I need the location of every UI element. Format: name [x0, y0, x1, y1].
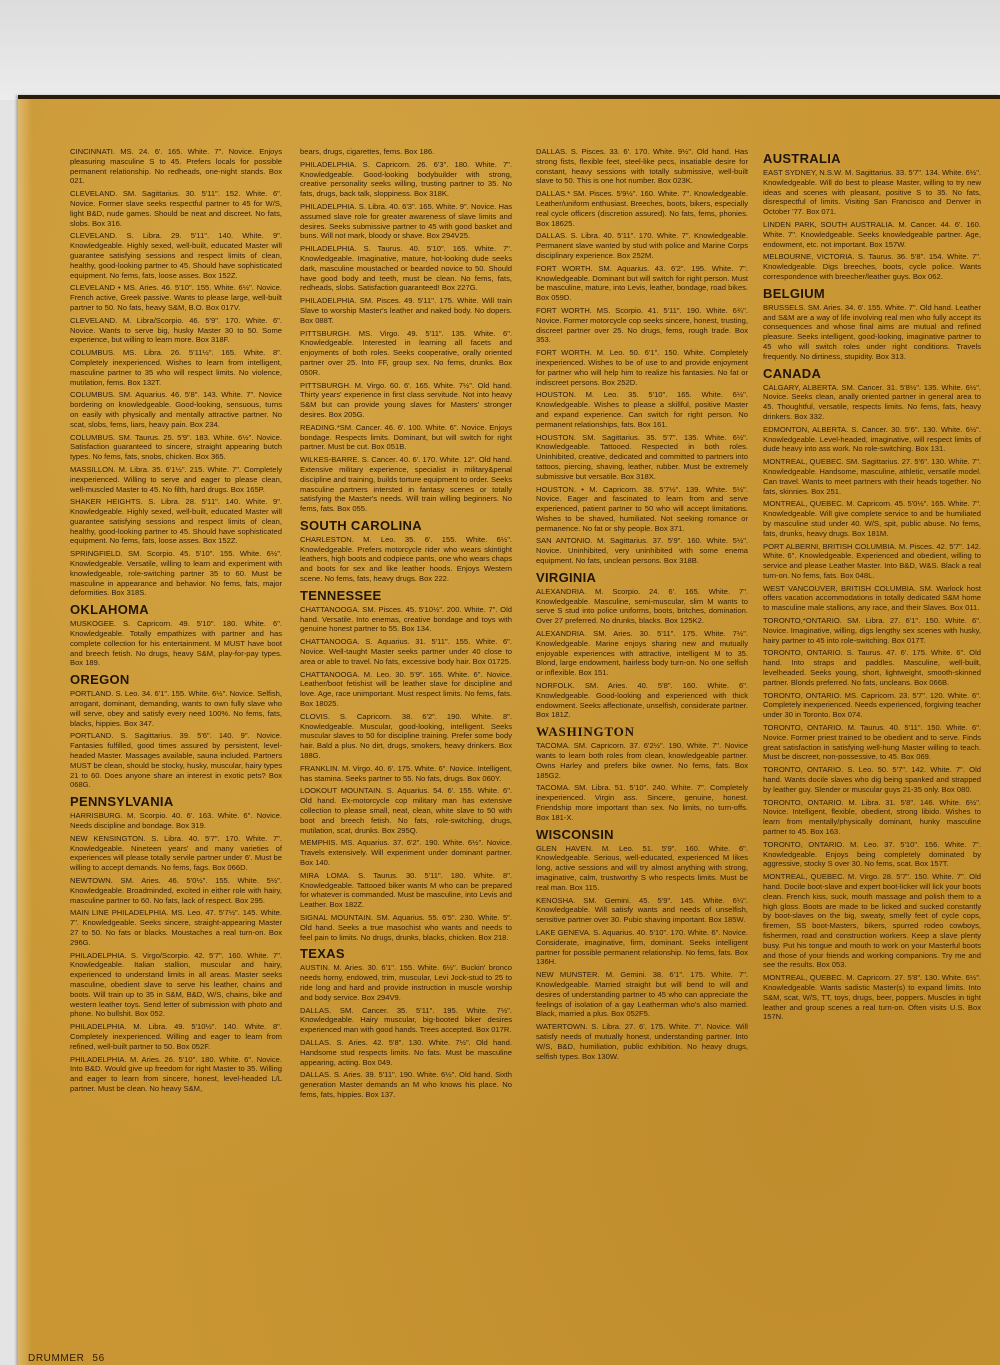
section-heading: OREGON	[70, 673, 282, 687]
classified-ad: EAST SYDNEY, N.S.W. M. Sagittarius. 33. …	[763, 168, 981, 217]
classified-ad: MONTREAL, QUEBEC. M. Capricorn. 27. 5'8"…	[763, 973, 981, 1022]
classified-ad: HOUSTON. SM. Sagittarius. 35. 5'7". 135.…	[536, 433, 748, 482]
section-heading: SOUTH CAROLINA	[300, 519, 512, 533]
section-heading: BELGIUM	[763, 287, 981, 301]
classified-ad: TACOMA. SM. Libra. 51. 5'10". 240. White…	[536, 783, 748, 822]
classified-ad: TORONTO, ONTARIO. S. Leo. 50. 5'7". 142.…	[763, 765, 981, 794]
classified-ad: LOOKOUT MOUNTAIN. S. Aquarius. 54. 6'. 1…	[300, 786, 512, 835]
classified-ad: FORT WORTH. MS. Scorpio. 41. 5'11". 190.…	[536, 306, 748, 345]
classified-ad: NEWTOWN. SM. Aries. 46. 5'0½". 155. Whit…	[70, 876, 282, 905]
classified-ad: SIGNAL MOUNTAIN. SM. Aquarius. 55. 6'5".…	[300, 913, 512, 942]
section-heading: AUSTRALIA	[763, 152, 981, 166]
classified-ad: TORONTO,*ONTARIO. SM. Libra. 27. 6'1". 1…	[763, 616, 981, 645]
classified-ad: DALLAS. S. Libra. 40. 5'11". 170. White.…	[536, 231, 748, 260]
classified-ad: CINCINNATI. MS. 24. 6'. 165. White. 7". …	[70, 147, 282, 186]
classified-ad: CLEVELAND. S. Libra. 29. 5'11". 140. Whi…	[70, 231, 282, 280]
classified-ad: CHATTANOOGA. SM. Pisces. 45. 5'10½". 200…	[300, 605, 512, 634]
column-1: CINCINNATI. MS. 24. 6'. 165. White. 7". …	[70, 147, 282, 1097]
classified-ad: PHILADELPHIA. SM. Pisces. 49. 5'11". 175…	[300, 296, 512, 325]
classified-ad: PITTSBURGH. M. Virgo. 60. 6'. 165. White…	[300, 381, 512, 420]
classified-ad: MONTREAL, QUEBEC. M. Capricorn. 45. 5'0½…	[763, 499, 981, 538]
classified-ad: MUSKOGEE. S. Capricorn. 49. 5'10". 180. …	[70, 619, 282, 668]
classified-ad: CHATTANOOGA. S. Aquarius. 31. 5'11". 155…	[300, 637, 512, 666]
classified-ad: PITTSBURGH. MS. Virgo. 49. 5'11". 135. W…	[300, 329, 512, 378]
classified-ad: MEMPHIS. MS. Aquarius. 37. 6'2". 190. Wh…	[300, 838, 512, 867]
classified-ad: TORONTO, ONTARIO. S. Taurus. 47. 6'. 175…	[763, 648, 981, 687]
classified-ad: SAN ANTONIO. M. Sagittarius. 37. 5'9". 1…	[536, 536, 748, 565]
classified-ad: CLEVELAND. SM. Sagittarius. 30. 5'11". 1…	[70, 189, 282, 228]
classified-ad: TACOMA. SM. Capricorn. 37. 6'2½". 190. W…	[536, 741, 748, 780]
classified-ad: NORFOLK. SM. Aries. 40. 5'8". 160. White…	[536, 681, 748, 720]
publication-name: DRUMMER	[28, 1353, 84, 1364]
classified-ad: bears, drugs, cigarettes, fems. Box 186.	[300, 147, 512, 157]
classified-ad: LAKE GENEVA. S. Aquarius. 40. 5'10". 170…	[536, 928, 748, 967]
classified-ad: BRUSSELS. SM. Aries. 34. 6'. 155. White.…	[763, 303, 981, 362]
classified-ad: CLEVELAND. M. Libra/Scorpio. 46. 5'9". 1…	[70, 316, 282, 345]
classified-ad: MAIN LINE PHILADELPHIA. MS. Leo. 47. 5'7…	[70, 908, 282, 947]
classified-ad: MASSILLON. M. Libra. 35. 6'1½". 215. Whi…	[70, 465, 282, 494]
classified-ad: WILKES-BARRE. S. Cancer. 40. 6'. 170. Wh…	[300, 455, 512, 514]
classified-ad: FRANKLIN. M. Virgo. 40. 6'. 175. White. …	[300, 764, 512, 784]
classified-ad: TORONTO, ONTARIO. M. Libra. 31. 5'8". 14…	[763, 798, 981, 837]
classified-ad: SPRINGFIELD. SM. Scorpio. 45. 5'10". 155…	[70, 549, 282, 598]
classified-ad: NEW KENSINGTON. S. Libra. 40. 5'7". 170.…	[70, 834, 282, 873]
classified-ad: DALLAS. S. Aries. 39. 5'11". 190. White.…	[300, 1070, 512, 1099]
classified-ad: PORTLAND. S. Sagittarius. 39. 5'6". 140.…	[70, 731, 282, 790]
classified-ad: HOUSTON. • M. Capricorn. 38. 5'7½". 139.…	[536, 485, 748, 534]
section-heading: WASHINGTON	[536, 725, 748, 739]
classified-ad: MONTREAL, QUEBEC. M. Virgo. 28. 5'7". 15…	[763, 872, 981, 970]
magazine-page: CINCINNATI. MS. 24. 6'. 165. White. 7". …	[18, 95, 1000, 1365]
section-heading: VIRGINIA	[536, 571, 748, 585]
classified-ad: COLUMBUS. SM. Taurus. 25. 5'9". 183. Whi…	[70, 433, 282, 462]
column-2: bears, drugs, cigarettes, fems. Box 186.…	[300, 147, 512, 1103]
section-heading: TENNESSEE	[300, 589, 512, 603]
classified-ad: WATERTOWN. S. Libra. 27. 6'. 175. White.…	[536, 1022, 748, 1061]
section-heading: TEXAS	[300, 947, 512, 961]
classified-ad: FORT WORTH. M. Leo. 50. 6'1". 150. White…	[536, 348, 748, 387]
classified-ad: FORT WORTH. SM. Aquarius. 43. 6'2". 195.…	[536, 264, 748, 303]
classified-ad: CHARLESTON. M. Leo. 35. 6'. 155. White. …	[300, 535, 512, 584]
classified-ad: GLEN HAVEN. M. Leo. 51. 5'9". 160. White…	[536, 844, 748, 893]
classified-ad: DALLAS. S. Pisces. 33. 6'. 170. White. 9…	[536, 147, 748, 186]
column-3: DALLAS. S. Pisces. 33. 6'. 170. White. 9…	[536, 147, 748, 1064]
classified-ad: EDMONTON, ALBERTA. S. Cancer. 30. 5'6". …	[763, 425, 981, 454]
classified-ad: MIRA LOMA. S. Taurus. 30. 5'11". 180. Wh…	[300, 871, 512, 910]
section-heading: PENNSYLVANIA	[70, 795, 282, 809]
classified-ad: PHILADELPHIA. S. Libra. 40. 6'3". 165. W…	[300, 202, 512, 241]
section-heading: WISCONSIN	[536, 828, 748, 842]
classified-ad: ALEXANDRIA. SM. Aries. 30. 5'11". 175. W…	[536, 629, 748, 678]
classified-ad: KENOSHA. SM. Gemini. 45. 5'9". 145. Whit…	[536, 896, 748, 925]
classified-ad: MONTREAL, QUEBEC. SM. Sagittarius. 27. 5…	[763, 457, 981, 496]
section-heading: CANADA	[763, 367, 981, 381]
classified-ad: PHILADELPHIA. M. Libra. 49. 5'10½". 140.…	[70, 1022, 282, 1051]
classified-ad: DALLAS. SM. Cancer. 35. 5'11". 195. Whit…	[300, 1006, 512, 1035]
classified-ad: PORTLAND. S. Leo. 34. 6'1". 155. White. …	[70, 689, 282, 728]
classified-ad: PORT ALBERNI, BRITISH COLUMBIA. M. Pisce…	[763, 542, 981, 581]
scan-background	[0, 0, 1000, 100]
classified-ad: TORONTO, ONTARIO. M. Leo. 37. 5'10". 156…	[763, 840, 981, 869]
classified-ad: SHAKER HEIGHTS. S. Libra. 28. 5'11". 140…	[70, 497, 282, 546]
column-4: AUSTRALIAEAST SYDNEY, N.S.W. M. Sagittar…	[763, 147, 981, 1025]
classified-ad: PHILADELPHIA. S. Virgo/Scorpio. 42. 5'7"…	[70, 951, 282, 1020]
classified-ad: CALGARY, ALBERTA. SM. Cancer. 31. 5'8½".…	[763, 383, 981, 422]
classified-ad: DALLAS. S. Aries. 42. 5'8". 130. White. …	[300, 1038, 512, 1067]
classified-ad: CHATTANOOGA. M. Leo. 30. 5'9". 165. Whit…	[300, 670, 512, 709]
classified-ad: ALEXANDRIA. M. Scorpio. 24. 6'. 165. Whi…	[536, 587, 748, 626]
classified-ad: PHILADELPHIA. S. Capricorn. 26. 6'3". 18…	[300, 160, 512, 199]
classified-ad: TORONTO, ONTARIO. MS. Capricorn. 23. 5'7…	[763, 691, 981, 720]
classified-ad: CLEVELAND • MS. Aries. 46. 5'10". 155. W…	[70, 283, 282, 312]
classified-ad: WEST VANCOUVER, BRITISH COLUMBIA. SM. Wa…	[763, 584, 981, 613]
classified-ad: COLUMBUS. SM. Aquarius. 46. 5'8". 143. W…	[70, 390, 282, 429]
classified-ad: CLOVIS. S. Capricorn. 38. 6'2". 190. Whi…	[300, 712, 512, 761]
page-number: 56	[92, 1353, 104, 1364]
section-heading: OKLAHOMA	[70, 603, 282, 617]
classified-ad: TORONTO, ONTARIO. M. Taurus. 40. 5'11". …	[763, 723, 981, 762]
classified-ad: DALLAS.* SM. Pisces. 5'9½". 160. White. …	[536, 189, 748, 228]
classified-ad: LINDEN PARK, SOUTH AUSTRALIA. M. Cancer.…	[763, 220, 981, 249]
classified-ad: MELBOURNE, VICTORIA. S. Taurus. 36. 5'8"…	[763, 252, 981, 281]
classified-ad: READING.*SM. Cancer. 46. 6'. 100. White.…	[300, 423, 512, 452]
classified-ad: HOUSTON. M. Leo. 35. 5'10". 165. White. …	[536, 390, 748, 429]
page-footer: DRUMMER56	[28, 1353, 105, 1364]
classified-ad: COLUMBUS. MS. Libra. 26. 5'11½". 165. Wh…	[70, 348, 282, 387]
classified-ad: NEW MUNSTER. M. Gemini. 38. 6'1". 175. W…	[536, 970, 748, 1019]
classified-ad: AUSTIN. M. Aries. 30. 6'1". 155. White. …	[300, 963, 512, 1002]
classified-ad: PHILADELPHIA. S. Taurus. 40. 5'10". 165.…	[300, 244, 512, 293]
classified-ad: HARRISBURG. M. Scorpio. 40. 6'. 163. Whi…	[70, 811, 282, 831]
classified-ad: PHILADELPHIA. M. Aries. 26. 5'10". 180. …	[70, 1055, 282, 1094]
